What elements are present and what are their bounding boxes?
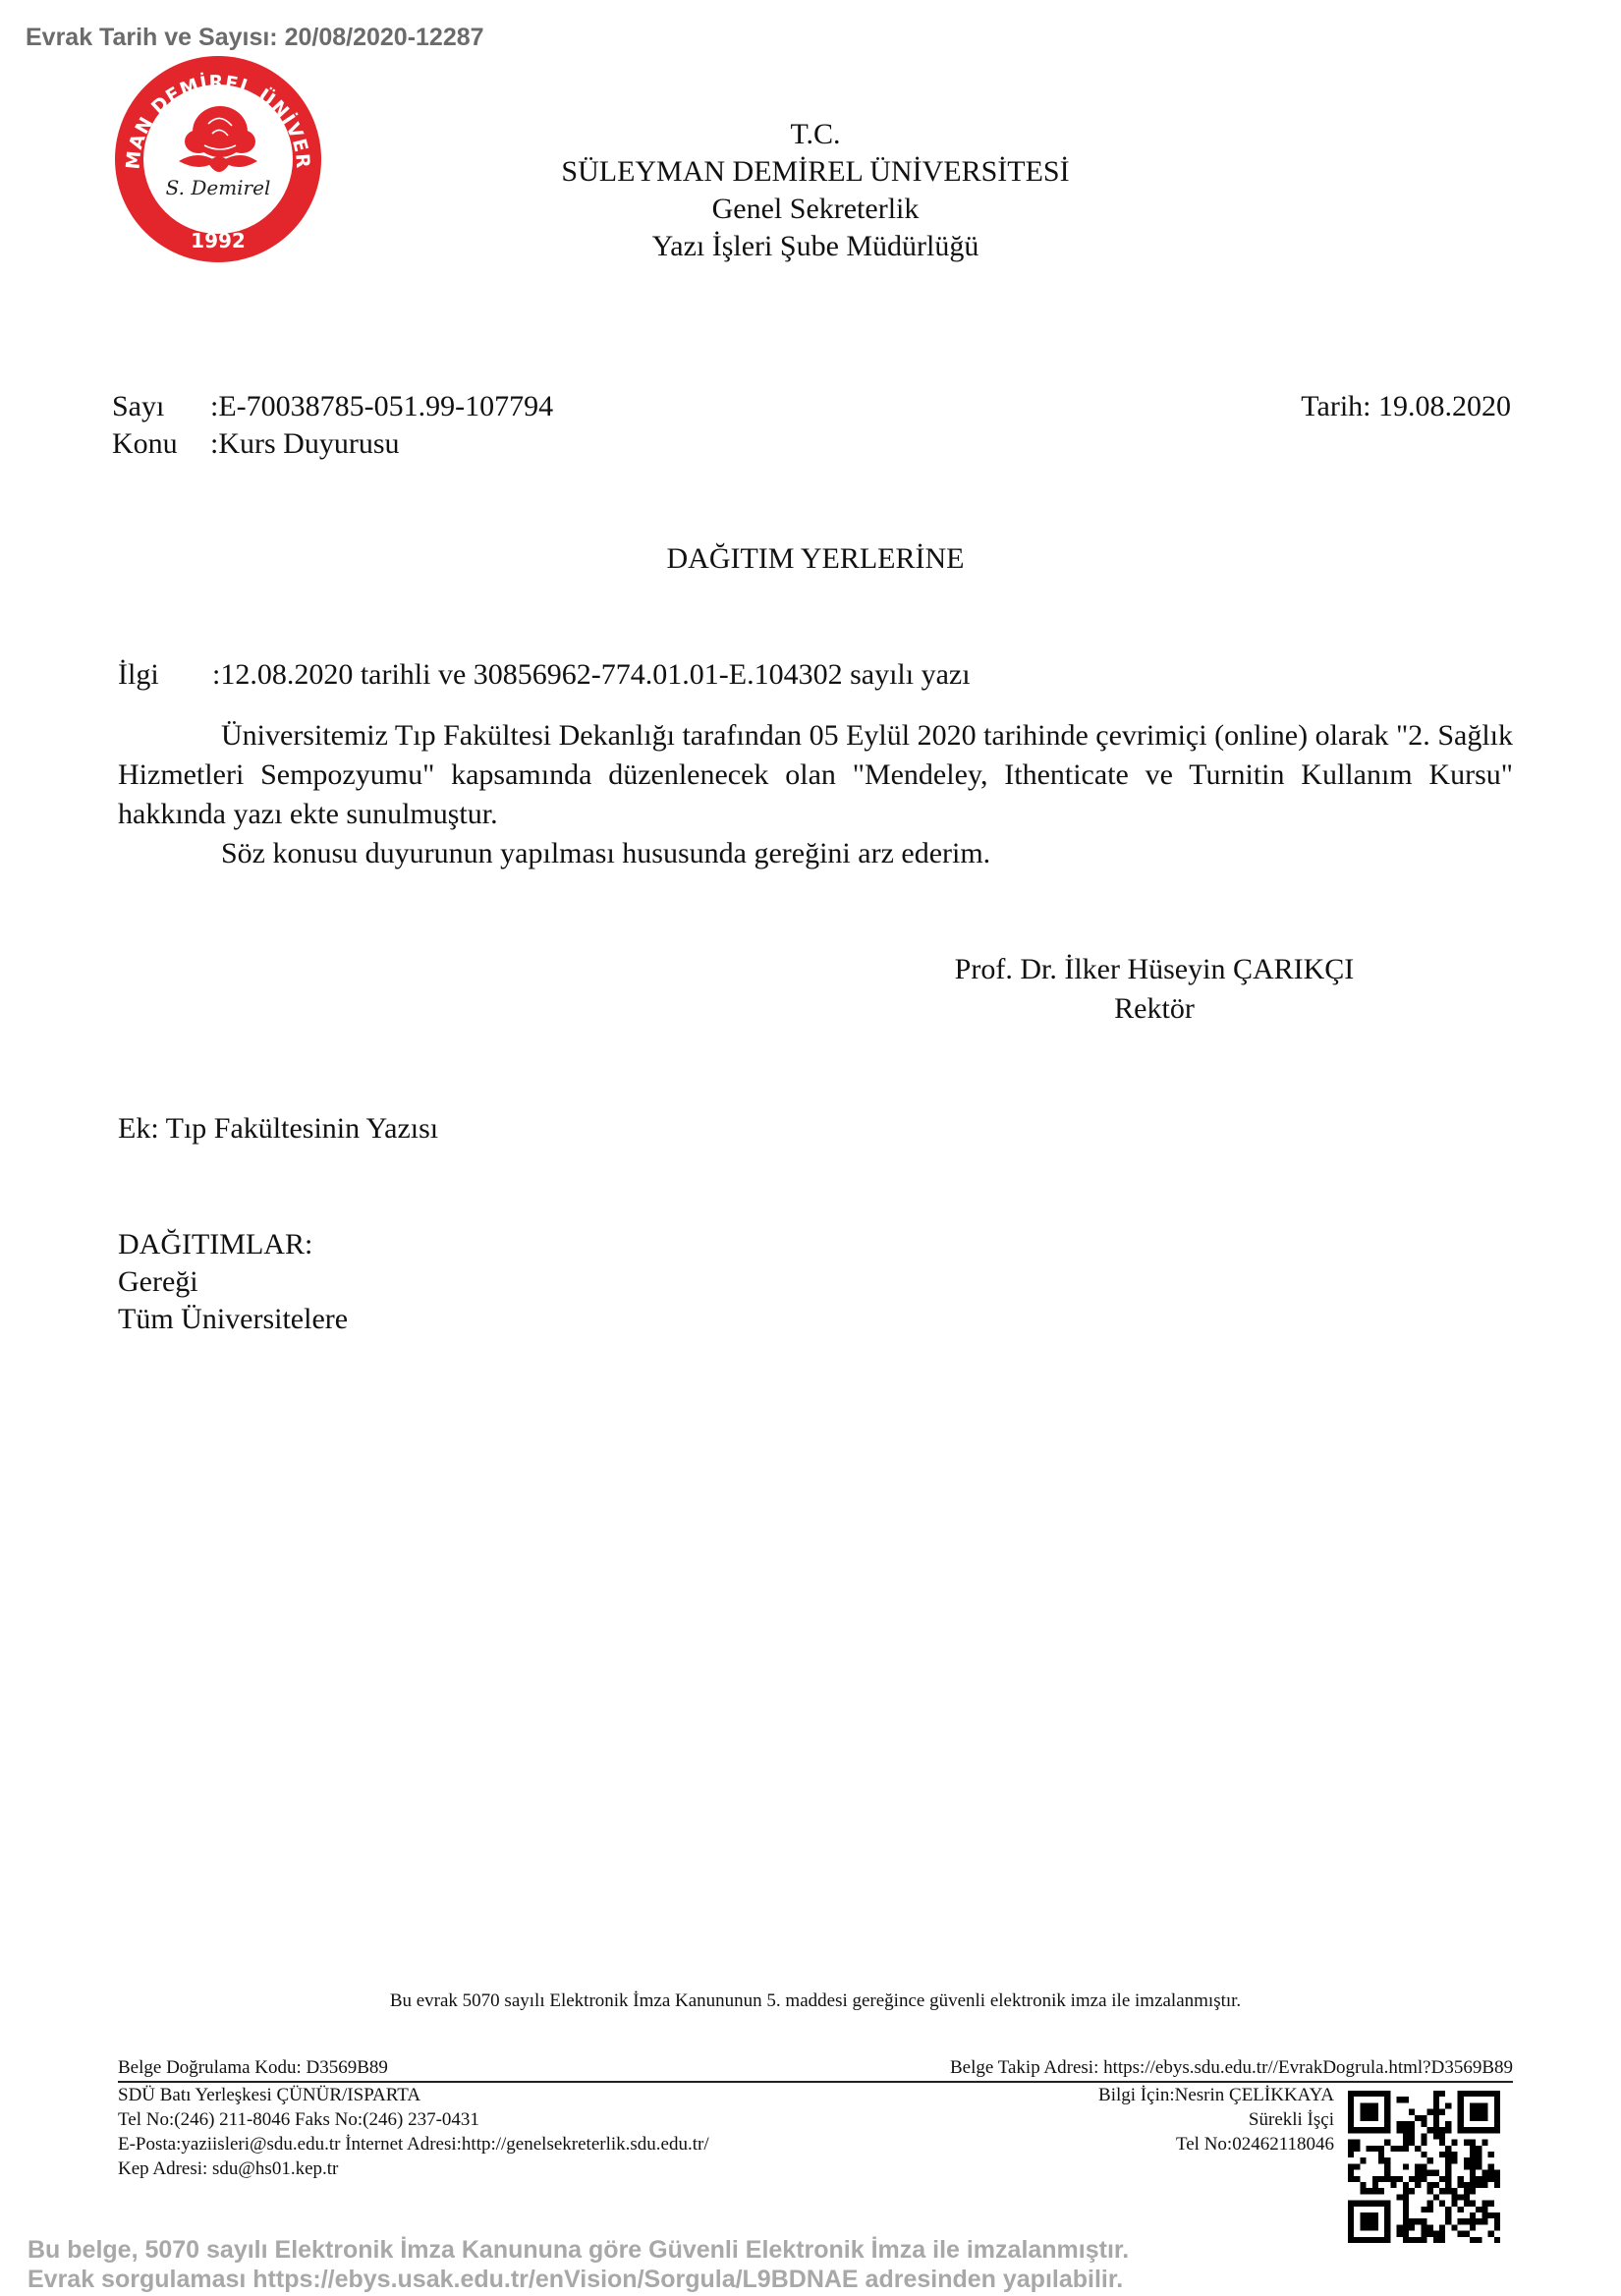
ilgi-value: :12.08.2020 tarihli ve 30856962-774.01.0… bbox=[212, 656, 971, 694]
svg-text:S. Demirel: S. Demirel bbox=[166, 176, 271, 199]
konu-label: Konu bbox=[112, 425, 178, 463]
body-paragraph-2: Söz konusu duyurunun yapılması hususunda… bbox=[118, 834, 1513, 873]
contact-name: Bilgi İçin:Nesrin ÇELİKKAYA bbox=[1098, 2085, 1334, 2106]
header-office: Yazı İşleri Şube Müdürlüğü bbox=[413, 228, 1218, 265]
attachment-note: Ek: Tıp Fakültesinin Yazısı bbox=[118, 1110, 438, 1148]
contact-role: Sürekli İşçi bbox=[1249, 2109, 1334, 2131]
letter-body: Üniversitemiz Tıp Fakültesi Dekanlığı ta… bbox=[118, 716, 1513, 873]
qr-code-icon[interactable] bbox=[1348, 2091, 1500, 2243]
header-tc: T.C. bbox=[413, 116, 1218, 153]
contact-phone: Tel No:02462118046 bbox=[1176, 2134, 1334, 2156]
signatory-title: Rektör bbox=[884, 990, 1425, 1028]
addressee-heading: DAĞITIM YERLERİNE bbox=[413, 540, 1218, 578]
document-date: Tarih: 19.08.2020 bbox=[1301, 388, 1511, 425]
distribution-item: Gereği bbox=[118, 1263, 198, 1301]
esign-watermark-line-1: Bu belge, 5070 sayılı Elektronik İmza Ka… bbox=[28, 2235, 1129, 2265]
esign-watermark-line-2: Evrak sorgulaması https://ebys.usak.edu.… bbox=[28, 2265, 1123, 2294]
sayi-value: :E-70038785-051.99-107794 bbox=[210, 388, 553, 425]
konu-value: :Kurs Duyurusu bbox=[210, 425, 400, 463]
esign-notice: Bu evrak 5070 sayılı Elektronik İmza Kan… bbox=[118, 1990, 1513, 2012]
svg-text:1992: 1992 bbox=[191, 229, 246, 252]
tracking-address-link[interactable]: Belge Takip Adresi: https://ebys.sdu.edu… bbox=[950, 2057, 1513, 2079]
signatory-name: Prof. Dr. İlker Hüseyin ÇARIKÇI bbox=[884, 951, 1425, 988]
header-department: Genel Sekreterlik bbox=[413, 191, 1218, 228]
distribution-item: Tüm Üniversitelere bbox=[118, 1301, 348, 1338]
ilgi-label: İlgi bbox=[118, 656, 159, 694]
document-date-number-stamp: Evrak Tarih ve Sayısı: 20/08/2020-12287 bbox=[26, 24, 484, 52]
sayi-label: Sayı bbox=[112, 388, 164, 425]
verification-code: Belge Doğrulama Kodu: D3569B89 bbox=[118, 2057, 388, 2079]
distribution-heading: DAĞITIMLAR: bbox=[118, 1226, 312, 1263]
footer-divider bbox=[118, 2081, 1513, 2083]
footer-address: SDÜ Batı Yerleşkesi ÇÜNÜR/ISPARTA bbox=[118, 2085, 420, 2106]
header-university-name: SÜLEYMAN DEMİREL ÜNİVERSİTESİ bbox=[413, 153, 1218, 191]
footer-kep-address: Kep Adresi: sdu@hs01.kep.tr bbox=[118, 2158, 338, 2180]
university-seal-icon: SÜLEYMAN DEMİREL ÜNİVERSİTESİ 1992 S. De… bbox=[110, 51, 326, 267]
footer-phone-fax: Tel No:(246) 211-8046 Faks No:(246) 237-… bbox=[118, 2109, 479, 2131]
footer-email-web[interactable]: E-Posta:yaziisleri@sdu.edu.tr İnternet A… bbox=[118, 2134, 709, 2156]
body-paragraph-1: Üniversitemiz Tıp Fakültesi Dekanlığı ta… bbox=[118, 716, 1513, 834]
